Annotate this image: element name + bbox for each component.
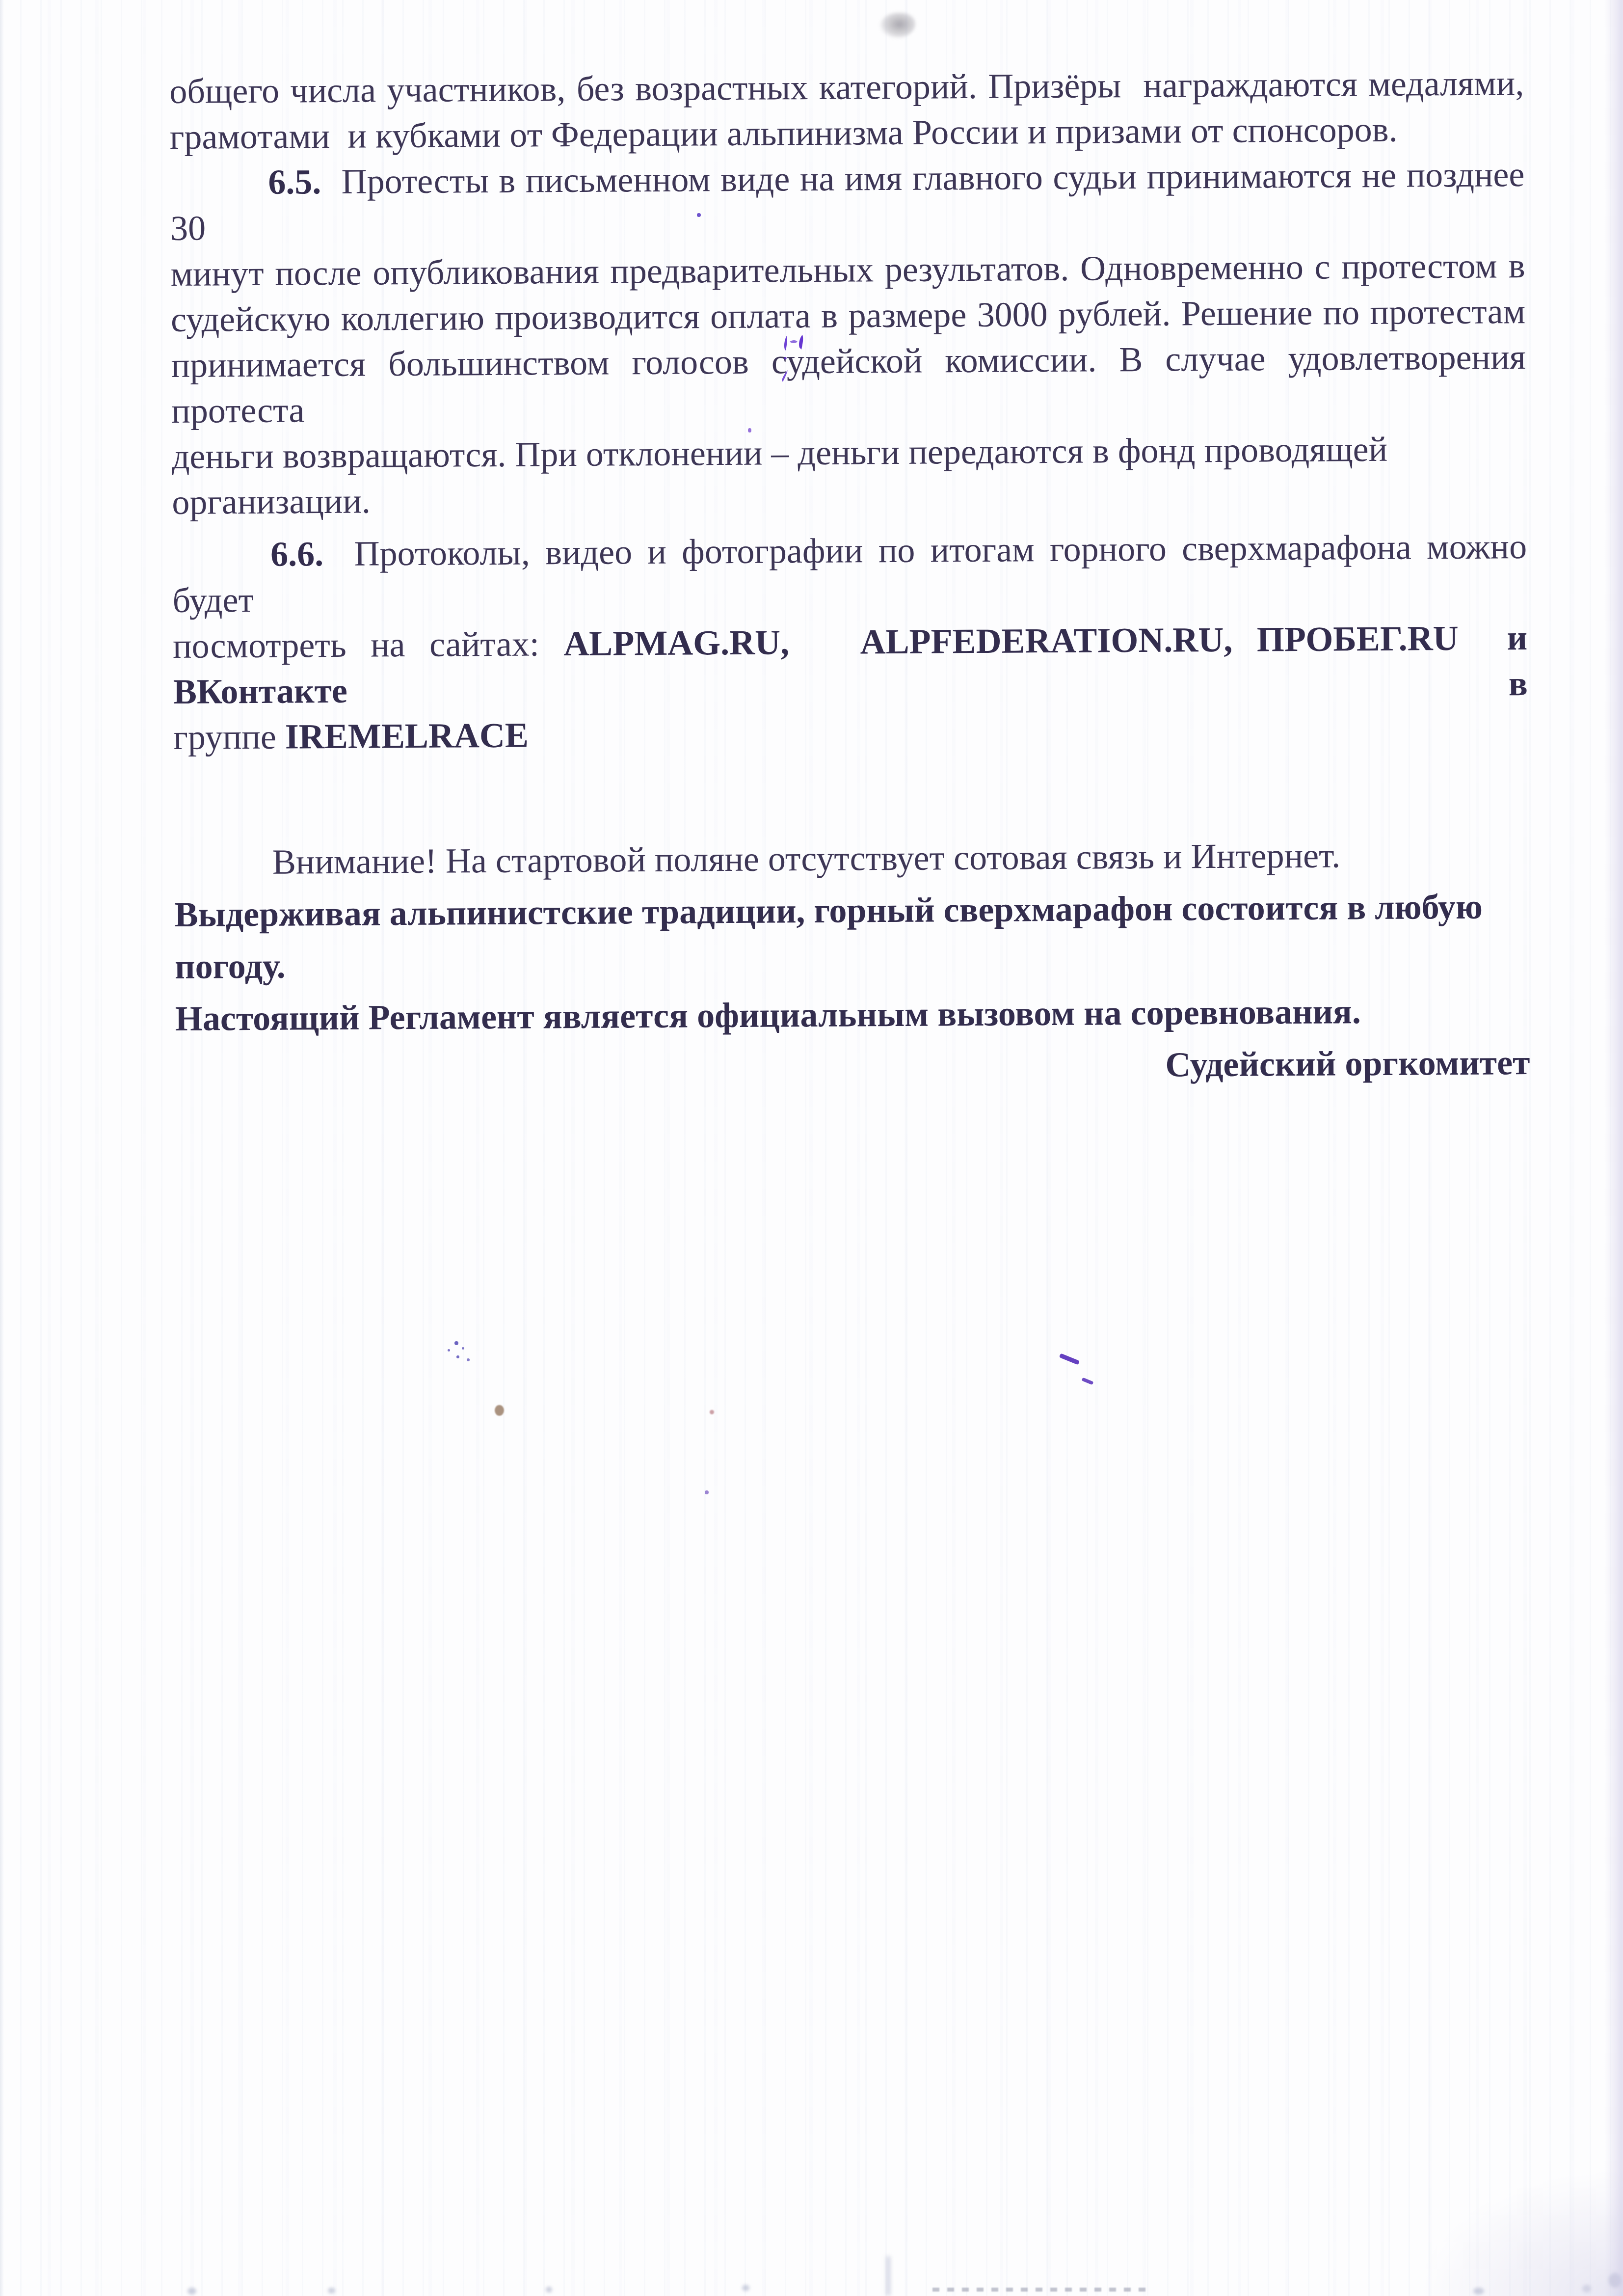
bottom-edge-smudge	[187, 2288, 196, 2295]
text-line-11: Внимание! На стартовой поляне отсутствуе…	[174, 828, 1529, 889]
text-run-bold: IREMELRACE	[285, 716, 529, 756]
bottom-edge-smudge	[328, 2288, 335, 2294]
text-line-14: Судейский оргкомитет	[175, 1036, 1530, 1097]
scanner-smudge	[880, 13, 915, 38]
text-run-bold: Судейский оргкомитет	[1165, 1043, 1530, 1084]
ink-speck	[467, 1358, 470, 1361]
text-line-12: Выдерживая альпинистские традиции, горны…	[174, 880, 1529, 993]
text-line-5: судейскую коллегию производится оплата в…	[171, 289, 1526, 343]
pen-dash-mark	[1082, 1378, 1094, 1385]
bottom-edge-smudge	[1582, 2285, 1591, 2293]
scanned-document-page: общего числа участников, без возрастных …	[0, 0, 1623, 2296]
text-line-4: минут после опубликования предварительны…	[170, 243, 1525, 297]
text-run-bold: Настоящий Регламент является официальным…	[175, 992, 1361, 1038]
ink-speck	[454, 1341, 458, 1345]
paper-speck-brown	[495, 1405, 504, 1416]
ink-speck	[705, 1490, 709, 1494]
bottom-edge-smudge	[742, 2285, 749, 2291]
text-run: Внимание! На стартовой поляне отсутствуе…	[272, 836, 1341, 881]
text-run: принимается большинством голосов судейск…	[171, 337, 1525, 431]
ink-speck	[448, 1349, 450, 1351]
text-line-8: 6.6. Протоколы, видео и фотографии по ит…	[172, 524, 1527, 623]
text-run-bold: Выдерживая альпинистские традиции, горны…	[174, 887, 1483, 986]
text-line-9: посмотреть на сайтах: ALPMAG.RU, ALPFEDE…	[173, 615, 1528, 715]
text-line-3: 6.5. Протесты в письменном виде на имя г…	[170, 152, 1525, 251]
bottom-edge-smudge	[546, 2287, 552, 2293]
pen-ink-dot	[748, 428, 751, 432]
text-line-13: Настоящий Регламент является официальным…	[175, 984, 1530, 1045]
pen-scribble-mark	[778, 333, 817, 387]
text-line-10: группе IREMELRACE	[173, 706, 1528, 760]
bottom-edge-smudge	[1473, 2288, 1484, 2295]
text-line-7: деньги возвращаются. При отклонении – де…	[172, 426, 1527, 525]
text-run: Протоколы, видео и фотографии по итогам …	[172, 527, 1527, 620]
bottom-edge-smudge	[1609, 2273, 1622, 2288]
text-run: судейскую коллегию производится оплата в…	[171, 292, 1525, 339]
ink-speck	[462, 1347, 464, 1350]
text-run: посмотреть на сайтах:	[173, 624, 564, 666]
text-run: минут после опубликования предварительны…	[170, 246, 1525, 294]
text-run: грамотами и кубками от Федерации альпини…	[170, 110, 1398, 157]
paper-speck-red	[710, 1410, 714, 1414]
right-scan-edge-tint	[1604, 0, 1623, 2296]
text-run-bold: 6.6.	[270, 534, 323, 574]
pen-ink-dot	[697, 213, 701, 217]
text-run-bold: 6.5.	[268, 162, 321, 202]
text-run: деньги возвращаются. При отклонении – де…	[172, 430, 1388, 522]
document-text: общего числа участников, без возрастных …	[169, 60, 1530, 1097]
text-run: группе	[173, 717, 285, 757]
text-line-1: общего числа участников, без возрастных …	[169, 60, 1524, 114]
bottom-edge-dotted-line	[932, 2288, 1148, 2292]
left-scan-edge-tint	[0, 0, 4, 2296]
text-run: Протесты в письменном виде на имя главно…	[170, 155, 1525, 248]
text-line-2: грамотами и кубками от Федерации альпини…	[170, 106, 1525, 160]
text-run: общего числа участников, без возрастных …	[169, 63, 1524, 111]
scan-streak-vertical	[886, 2256, 890, 2296]
text-line-6: принимается большинством голосов судейск…	[171, 334, 1526, 434]
bottom-right-scan-wash	[1417, 2168, 1623, 2296]
pen-dash-mark	[1059, 1353, 1080, 1365]
ink-speck	[456, 1355, 459, 1358]
